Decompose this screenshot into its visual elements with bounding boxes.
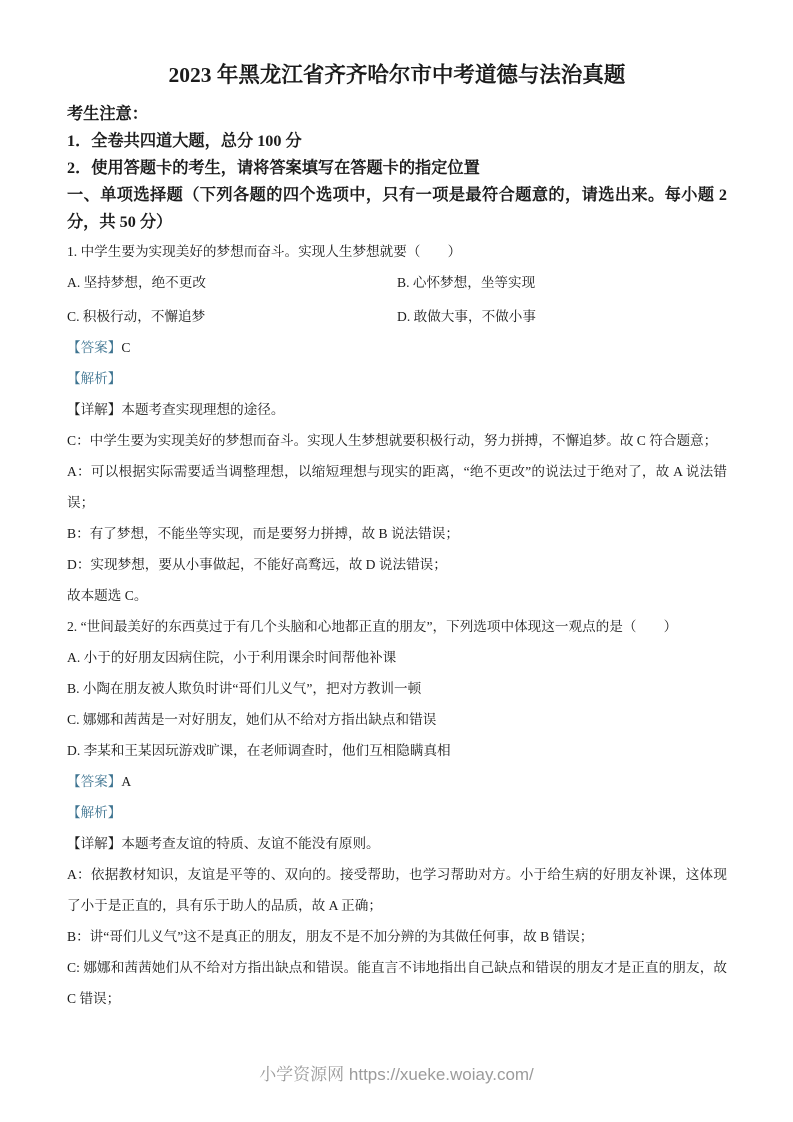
detail-intro: 本题考查友谊的特质、友谊不能没有原则。 (121, 836, 379, 851)
question-1-explanation: D：实现梦想，要从小事做起，不能好高鹜远，故 D 说法错误； (67, 549, 727, 580)
notice-item-2: 2．使用答题卡的考生，请将答案填写在答题卡的指定位置 (67, 155, 727, 182)
answer-marker: 【答案】 (67, 340, 121, 355)
question-2-option-c: C. 娜娜和茜茜是一对好朋友，她们从不给对方指出缺点和错误 (67, 704, 727, 735)
detail-marker: 【详解】 (67, 836, 121, 851)
notice-heading: 考生注意： (67, 101, 727, 128)
notice-item-1: 1．全卷共四道大题，总分 100 分 (67, 128, 727, 155)
site-watermark-footer: 小学资源网 https://xueke.woiay.com/ (0, 1060, 793, 1085)
question-2-analysis-marker: 【解析】 (67, 797, 727, 828)
answer-value: A (121, 774, 131, 789)
question-1-analysis-marker: 【解析】 (67, 363, 727, 394)
question-1-explanation: C：中学生要为实现美好的梦想而奋斗。实现人生梦想就要积极行动，努力拼搏，不懈追梦… (67, 425, 727, 456)
question-2-explanation: C: 娜娜和茜茜她们从不给对方指出缺点和错误。能直言不讳地指出自己缺点和错误的朋… (67, 952, 727, 1014)
question-1-option-a: A. 坚持梦想，绝不更改 (67, 267, 397, 298)
question-1-option-c: C. 积极行动，不懈追梦 (67, 301, 397, 332)
answer-marker: 【答案】 (67, 774, 121, 789)
question-2-option-a: A. 小于的好朋友因病住院，小于利用课余时间帮他补课 (67, 642, 727, 673)
question-1-stem: 1. 中学生要为实现美好的梦想而奋斗。实现人生梦想就要（ ） (67, 236, 727, 267)
question-1-answer-line: 【答案】C (67, 332, 727, 363)
question-1-conclusion: 故本题选 C。 (67, 580, 727, 611)
analysis-marker: 【解析】 (67, 805, 121, 820)
question-2-detail-line: 【详解】本题考查友谊的特质、友谊不能没有原则。 (67, 828, 727, 859)
answer-value: C (121, 340, 130, 355)
question-1-options: A. 坚持梦想，绝不更改 B. 心怀梦想，坐等实现 C. 积极行动，不懈追梦 D… (67, 267, 727, 332)
detail-marker: 【详解】 (67, 402, 121, 417)
section-heading: 一、单项选择题（下列各题的四个选项中，只有一项是最符合题意的，请选出来。每小题 … (67, 182, 727, 236)
exam-document-page: 2023 年黑龙江省齐齐哈尔市中考道德与法治真题 考生注意： 1．全卷共四道大题… (0, 0, 793, 1014)
question-2-option-d: D. 李某和王某因玩游戏旷课，在老师调查时，他们互相隐瞒真相 (67, 735, 727, 766)
question-2: 2. “世间最美好的东西莫过于有几个头脑和心地都正直的朋友”，下列选项中体现这一… (67, 611, 727, 1014)
page-title: 2023 年黑龙江省齐齐哈尔市中考道德与法治真题 (67, 60, 727, 90)
question-1-explanation: A：可以根据实际需要适当调整理想，以缩短理想与现实的距离，“绝不更改”的说法过于… (67, 456, 727, 518)
question-1: 1. 中学生要为实现美好的梦想而奋斗。实现人生梦想就要（ ） A. 坚持梦想，绝… (67, 236, 727, 611)
detail-intro: 本题考查实现理想的途径。 (121, 402, 284, 417)
question-1-explanation: B：有了梦想，不能坐等实现，而是要努力拼搏，故 B 说法错误； (67, 518, 727, 549)
question-1-option-d: D. 敢做大事，不做小事 (397, 301, 727, 332)
question-2-stem: 2. “世间最美好的东西莫过于有几个头脑和心地都正直的朋友”，下列选项中体现这一… (67, 611, 727, 642)
question-2-answer-line: 【答案】A (67, 766, 727, 797)
question-2-explanation: B：讲“哥们儿义气”这不是真正的朋友，朋友不是不加分辨的为其做任何事，故 B 错… (67, 921, 727, 952)
question-1-option-b: B. 心怀梦想，坐等实现 (397, 267, 727, 298)
question-1-detail-line: 【详解】本题考查实现理想的途径。 (67, 394, 727, 425)
question-2-option-b: B. 小陶在朋友被人欺负时讲“哥们儿义气”，把对方教训一顿 (67, 673, 727, 704)
analysis-marker: 【解析】 (67, 371, 121, 386)
question-2-explanation: A：依据教材知识，友谊是平等的、双向的。接受帮助，也学习帮助对方。小于给生病的好… (67, 859, 727, 921)
